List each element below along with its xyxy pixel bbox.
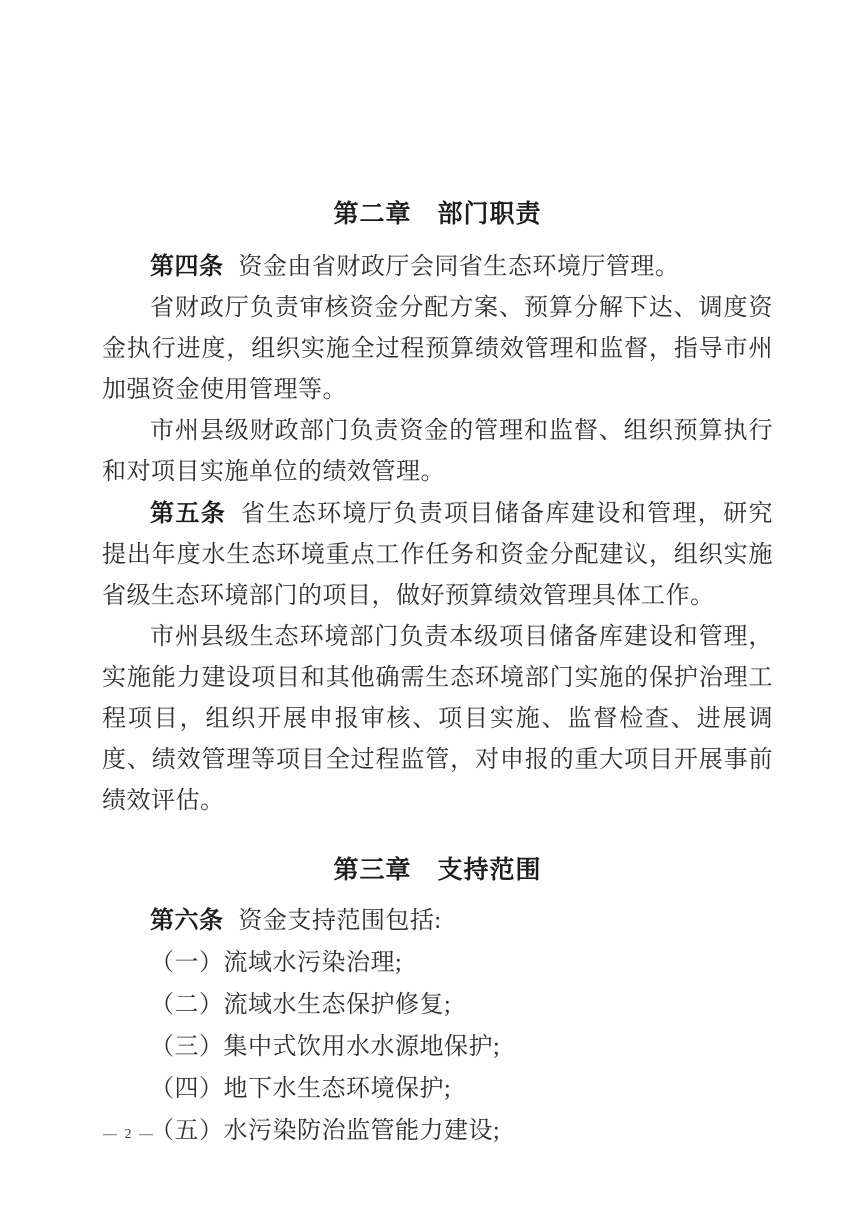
article-5-number: 第五条: [150, 500, 226, 527]
paragraph-city-eco-duty: 市州县级生态环境部门负责本级项目储备库建设和管理，实施能力建设项目和其他确需生态…: [102, 617, 773, 822]
paragraph-article-4: 第四条资金由省财政厅会同省生态环境厅管理。: [102, 246, 773, 288]
article-4-text: 资金由省财政厅会同省生态环境厅管理。: [238, 254, 679, 280]
support-scope-item-4: （四）地下水生态环境保护;: [102, 1068, 773, 1110]
article-6-text: 资金支持范围包括:: [238, 908, 441, 934]
support-scope-item-5: （五）水污染防治监管能力建设;: [102, 1110, 773, 1152]
chapter-3-title: 第三章 支持范围: [102, 848, 773, 892]
support-scope-item-3: （三）集中式饮用水水源地保护;: [102, 1026, 773, 1068]
support-scope-item-2: （二）流域水生态保护修复;: [102, 984, 773, 1026]
paragraph-provincial-finance-duty: 省财政厅负责审核资金分配方案、预算分解下达、调度资金执行进度，组织实施全过程预算…: [102, 288, 773, 411]
chapter-2-title: 第二章 部门职责: [102, 192, 773, 236]
page-number: — 2 —: [103, 1127, 155, 1143]
paragraph-article-5: 第五条省生态环境厅负责项目储备库建设和管理，研究提出年度水生态环境重点工作任务和…: [102, 493, 773, 617]
support-scope-item-1: （一）流域水污染治理;: [102, 942, 773, 984]
paragraph-city-finance-duty: 市州县级财政部门负责资金的管理和监督、组织预算执行和对项目实施单位的绩效管理。: [102, 411, 773, 493]
document-content: 第二章 部门职责 第四条资金由省财政厅会同省生态环境厅管理。 省财政厅负责审核资…: [102, 192, 773, 1152]
article-4-number: 第四条: [150, 253, 224, 280]
article-6-number: 第六条: [150, 907, 224, 934]
paragraph-article-6: 第六条资金支持范围包括:: [102, 900, 773, 942]
document-page: 第二章 部门职责 第四条资金由省财政厅会同省生态环境厅管理。 省财政厅负责审核资…: [0, 0, 866, 1227]
